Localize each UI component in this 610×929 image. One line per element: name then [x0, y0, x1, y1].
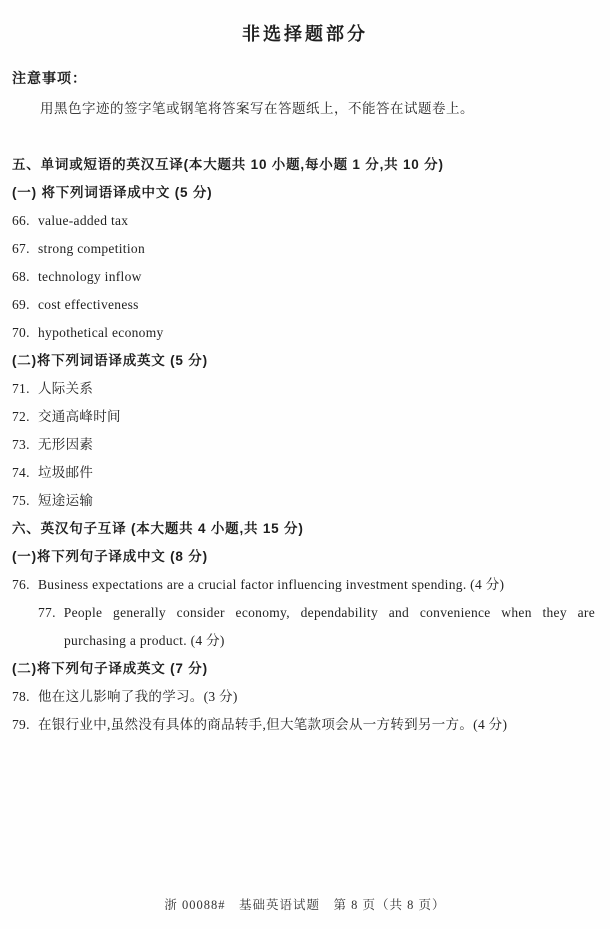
question-number: 75. — [12, 487, 38, 515]
section5-heading: 五、单词或短语的英汉互译(本大题共 10 小题,每小题 1 分,共 10 分) — [12, 151, 595, 179]
question-69: 69.cost effectiveness — [12, 291, 595, 319]
question-75: 75.短途运输 — [12, 487, 595, 515]
page-title: 非选择题部分 — [0, 0, 610, 46]
question-text: 他在这儿影响了我的学习。(3 分) — [38, 689, 238, 704]
question-text: technology inflow — [38, 269, 142, 284]
question-number: 70. — [12, 319, 38, 347]
section6-part1-heading: (一)将下列句子译成中文 (8 分) — [12, 543, 595, 571]
question-number: 68. — [12, 263, 38, 291]
question-70: 70.hypothetical economy — [12, 319, 595, 347]
question-number: 74. — [12, 459, 38, 487]
question-number: 77. — [38, 599, 56, 627]
section6-part2-heading: (二)将下列句子译成英文 (7 分) — [12, 655, 595, 683]
question-number: 76. — [12, 571, 38, 599]
question-67: 67.strong competition — [12, 235, 595, 263]
section5-part2-heading: (二)将下列词语译成英文 (5 分) — [12, 347, 595, 375]
question-72: 72.交通高峰时间 — [12, 403, 595, 431]
question-number: 78. — [12, 683, 38, 711]
exam-body: 五、单词或短语的英汉互译(本大题共 10 小题,每小题 1 分,共 10 分) … — [0, 151, 610, 739]
question-text: People generally consider economy, depen… — [64, 605, 595, 620]
question-number: 71. — [12, 375, 38, 403]
question-76: 76.Business expectations are a crucial f… — [12, 571, 595, 599]
question-number: 67. — [12, 235, 38, 263]
question-number: 73. — [12, 431, 38, 459]
question-text: hypothetical economy — [38, 325, 164, 340]
question-text: Business expectations are a crucial fact… — [38, 577, 504, 592]
question-text: 短途运输 — [38, 493, 93, 508]
question-text: 交通高峰时间 — [38, 409, 121, 424]
question-number: 72. — [12, 403, 38, 431]
question-73: 73.无形因素 — [12, 431, 595, 459]
question-text: strong competition — [38, 241, 145, 256]
question-text: value-added tax — [38, 213, 128, 228]
question-77: 77.People generally consider economy, de… — [12, 599, 595, 655]
question-number: 66. — [12, 207, 38, 235]
question-number: 69. — [12, 291, 38, 319]
question-79: 79.在银行业中,虽然没有具体的商品转手,但大笔款项会从一方转到另一方。(4 分… — [12, 711, 595, 739]
page-footer: 浙 00088# 基础英语试题 第 8 页（共 8 页） — [0, 895, 610, 913]
notes-heading: 注意事项： — [12, 68, 610, 88]
question-text: cost effectiveness — [38, 297, 139, 312]
notes-text: 用黑色字迹的签字笔或钢笔将答案写在答题纸上，不能答在试题卷上。 — [40, 97, 595, 117]
section5-part1-heading: (一) 将下列词语译成中文 (5 分) — [12, 179, 595, 207]
question-number: 79. — [12, 711, 38, 739]
question-77-line1: 77.People generally consider economy, de… — [38, 599, 595, 627]
question-77-line2: purchasing a product. (4 分) — [38, 627, 595, 655]
question-text: 无形因素 — [38, 437, 93, 452]
question-74: 74.垃圾邮件 — [12, 459, 595, 487]
question-text: 垃圾邮件 — [38, 465, 93, 480]
exam-page: 非选择题部分 注意事项： 用黑色字迹的签字笔或钢笔将答案写在答题纸上，不能答在试… — [0, 0, 610, 929]
question-78: 78.他在这儿影响了我的学习。(3 分) — [12, 683, 595, 711]
section6-heading: 六、英汉句子互译 (本大题共 4 小题,共 15 分) — [12, 515, 595, 543]
question-71: 71.人际关系 — [12, 375, 595, 403]
question-text: 人际关系 — [38, 381, 93, 396]
question-text: 在银行业中,虽然没有具体的商品转手,但大笔款项会从一方转到另一方。(4 分) — [38, 717, 507, 732]
question-68: 68.technology inflow — [12, 263, 595, 291]
question-66: 66.value-added tax — [12, 207, 595, 235]
